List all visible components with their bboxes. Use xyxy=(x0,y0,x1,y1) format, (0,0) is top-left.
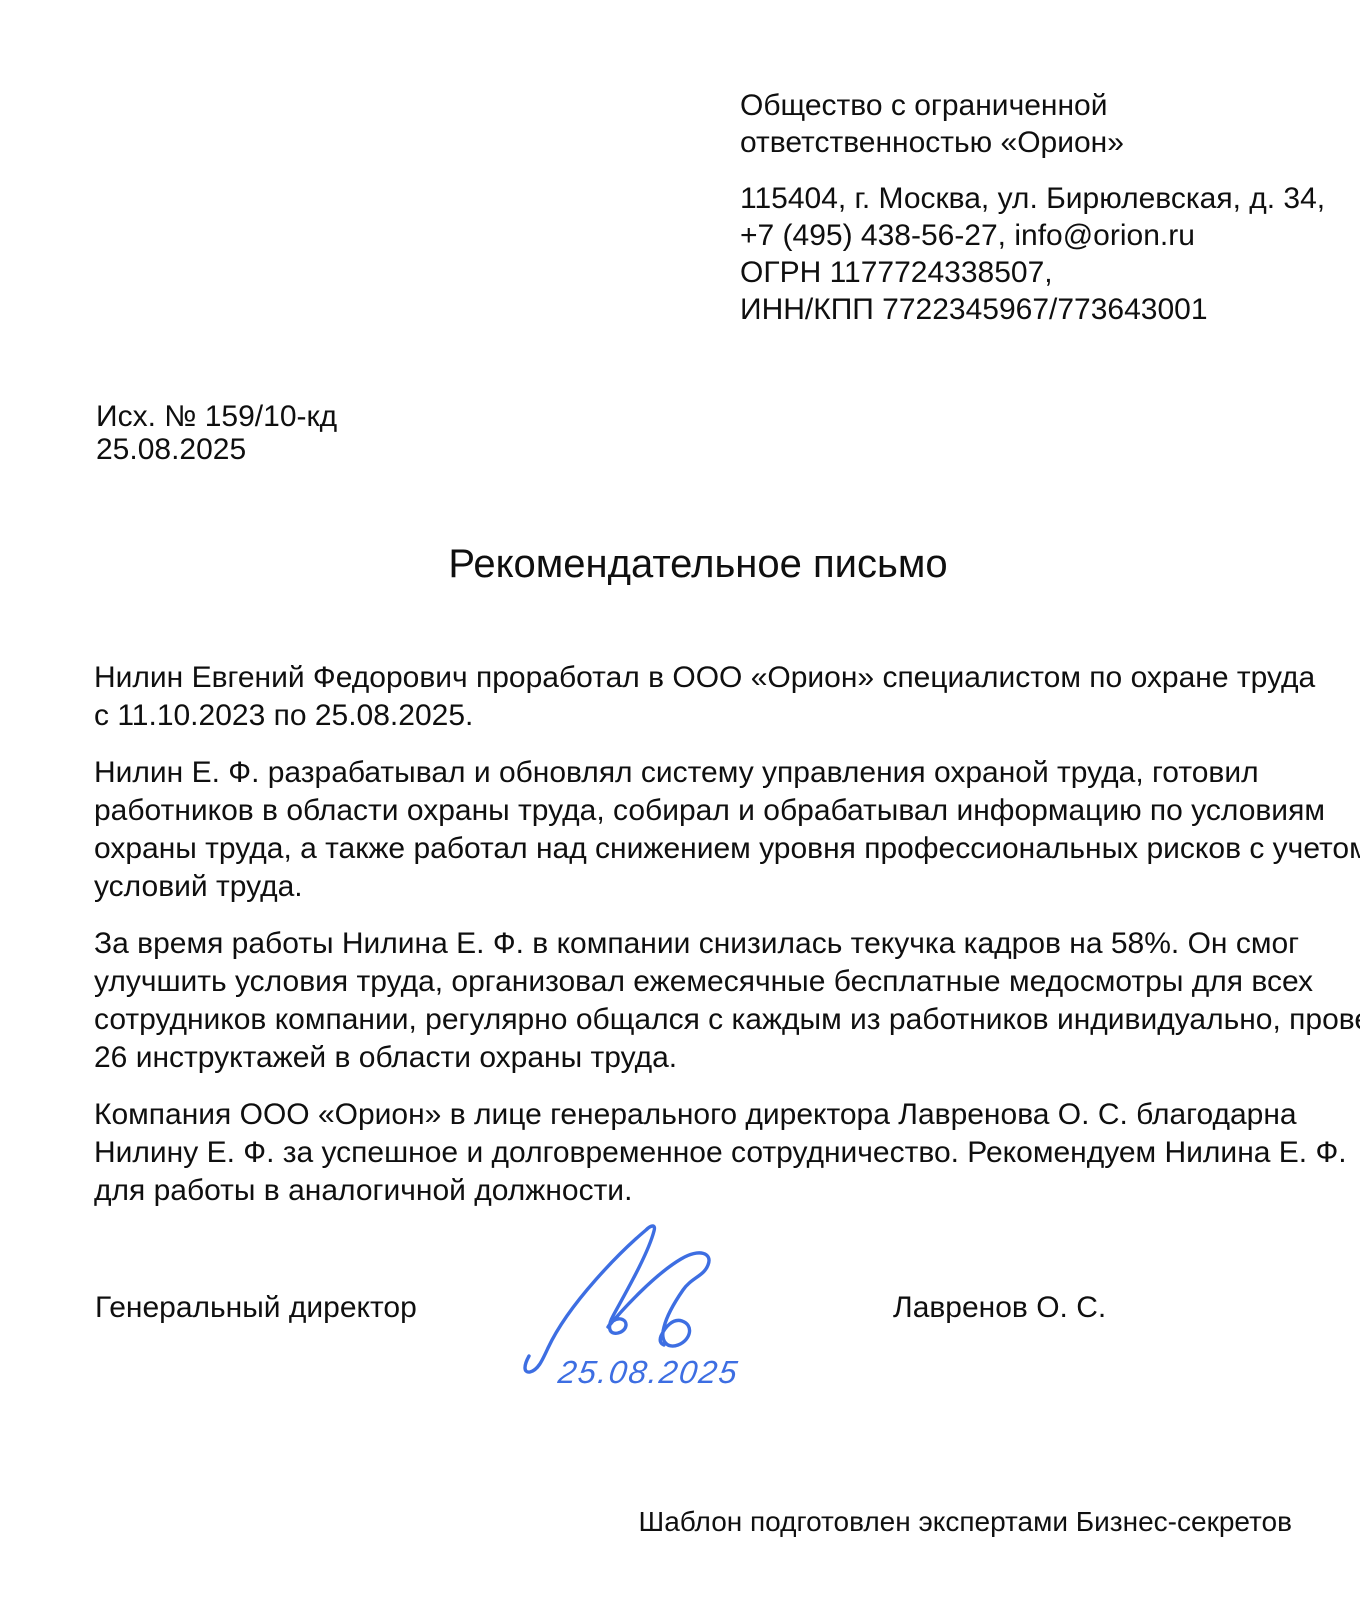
body-line: 26 инструктажей в области охраны труда. xyxy=(94,1039,1314,1077)
body-line: работников в области охраны труда, собир… xyxy=(94,792,1314,830)
outgoing-number: Исх. № 159/10-кд xyxy=(96,400,337,433)
paragraph-achievements: За время работы Нилина Е. Ф. в компании … xyxy=(94,925,1314,1077)
footer-credit: Шаблон подготовлен экспертами Бизнес-сек… xyxy=(639,1506,1292,1538)
company-letterhead: Общество с ограниченной ответственностью… xyxy=(740,87,1124,161)
body-line: улучшить условия труда, организовал ежем… xyxy=(94,963,1314,1001)
body-line: охраны труда, а также работал над снижен… xyxy=(94,830,1314,868)
reference-date: 25.08.2025 xyxy=(96,433,337,466)
letter-title: Рекомендательное письмо xyxy=(95,540,1301,588)
body-line: Нилину Е. Ф. за успешное и долговременно… xyxy=(94,1134,1314,1172)
paragraph-employment: Нилин Евгений Федорович проработал в ООО… xyxy=(94,659,1314,735)
letter-body: Нилин Евгений Федорович проработал в ООО… xyxy=(94,659,1314,1229)
company-inn-kpp: ИНН/КПП 7722345967/773643001 xyxy=(740,291,1325,328)
letter-page: Общество с ограниченной ответственностью… xyxy=(0,0,1360,1604)
company-phone-email: +7 (495) 438-56-27, info@orion.ru xyxy=(740,217,1325,254)
body-line: для работы в аналогичной должности. xyxy=(94,1172,1314,1210)
body-line: условий труда. xyxy=(94,868,1314,906)
reference-block: Исх. № 159/10-кд 25.08.2025 xyxy=(96,400,337,466)
company-contacts: 115404, г. Москва, ул. Бирюлевская, д. 3… xyxy=(740,180,1325,328)
body-line: Компания ООО «Орион» в лице генерального… xyxy=(94,1096,1314,1134)
paragraph-recommendation: Компания ООО «Орион» в лице генерального… xyxy=(94,1096,1314,1210)
signer-name: Лавренов О. С. xyxy=(893,1291,1106,1325)
company-name-line: Общество с ограниченной xyxy=(740,87,1124,124)
handwritten-signature-path xyxy=(525,1226,709,1372)
company-ogrn: ОГРН 1177724338507, xyxy=(740,254,1325,291)
body-line: За время работы Нилина Е. Ф. в компании … xyxy=(94,925,1314,963)
paragraph-duties: Нилин Е. Ф. разрабатывал и обновлял сист… xyxy=(94,754,1314,906)
body-line: с 11.10.2023 по 25.08.2025. xyxy=(94,697,1314,735)
handwritten-date: 25.08.2025 xyxy=(556,1354,741,1391)
company-name-line: ответственностью «Орион» xyxy=(740,124,1124,161)
signer-position-label: Генеральный директор xyxy=(95,1291,417,1325)
body-line: Нилин Евгений Федорович проработал в ООО… xyxy=(94,659,1314,697)
body-line: сотрудников компании, регулярно общался … xyxy=(94,1001,1314,1039)
body-line: Нилин Е. Ф. разрабатывал и обновлял сист… xyxy=(94,754,1314,792)
company-address: 115404, г. Москва, ул. Бирюлевская, д. 3… xyxy=(740,180,1325,217)
